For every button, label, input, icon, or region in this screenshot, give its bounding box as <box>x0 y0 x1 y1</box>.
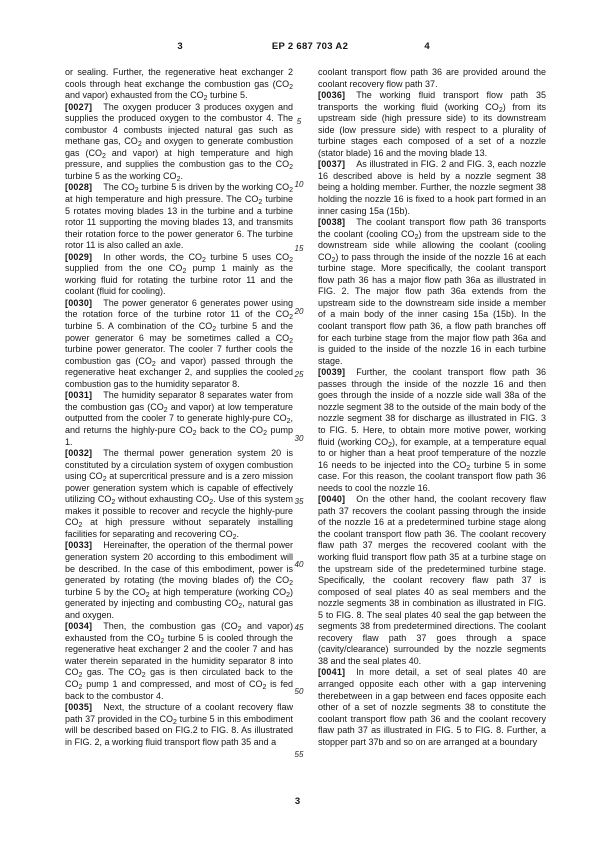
paragraph-number: [0037] <box>318 159 345 169</box>
page-number-footer: 3 <box>0 796 595 807</box>
subscript-2: 2 <box>173 719 177 726</box>
subscript-2: 2 <box>415 234 419 241</box>
numbered-paragraph: [0027]The oxygen producer 3 produces oxy… <box>65 102 293 183</box>
paragraph-number: [0032] <box>65 448 92 458</box>
numbered-paragraph: [0031]The humidity separator 8 separates… <box>65 390 293 448</box>
numbered-paragraph: [0041]In more detail, a set of seal plat… <box>318 667 546 748</box>
paragraph-number: [0040] <box>318 494 345 504</box>
paragraph-number: [0029] <box>65 252 92 262</box>
continuation-paragraph: coolant transport flow path 36 are provi… <box>318 67 546 90</box>
subscript-2: 2 <box>289 187 293 194</box>
subscript-2: 2 <box>466 465 470 472</box>
numbered-paragraph: [0037]As illustrated in FIG. 2 and FIG. … <box>318 159 546 217</box>
subscript-2: 2 <box>289 84 293 91</box>
subscript-2: 2 <box>135 187 139 194</box>
paragraph-number: [0033] <box>65 540 92 550</box>
subscript-2: 2 <box>193 430 197 437</box>
subscript-2: 2 <box>79 522 83 529</box>
subscript-2: 2 <box>202 257 206 264</box>
right-text-column: coolant transport flow path 36 are provi… <box>318 67 546 748</box>
left-text-column: or sealing. Further, the regenerative he… <box>65 67 293 748</box>
subscript-2: 2 <box>388 442 392 449</box>
subscript-2: 2 <box>286 592 290 599</box>
subscript-2: 2 <box>332 257 336 264</box>
subscript-2: 2 <box>102 153 106 160</box>
patent-document-page: 3 EP 2 687 703 A2 4 51015202530354045505… <box>0 0 595 842</box>
paragraph-number: [0038] <box>318 217 345 227</box>
subscript-2: 2 <box>79 672 83 679</box>
subscript-2: 2 <box>212 326 216 333</box>
subscript-2: 2 <box>258 199 262 206</box>
subscript-2: 2 <box>289 314 293 321</box>
paragraph-number: [0039] <box>318 367 345 377</box>
continuation-paragraph: or sealing. Further, the regenerative he… <box>65 67 293 102</box>
numbered-paragraph: [0033]Hereinafter, the operation of the … <box>65 540 293 621</box>
subscript-2: 2 <box>152 361 156 368</box>
left-column-page-number: 3 <box>150 41 210 52</box>
numbered-paragraph: [0035]Next, the structure of a coolant r… <box>65 702 293 748</box>
numbered-paragraph: [0034]Then, the combustion gas (CO2 and … <box>65 621 293 702</box>
subscript-2: 2 <box>263 430 267 437</box>
subscript-2: 2 <box>499 107 503 114</box>
paragraph-number: [0041] <box>318 667 345 677</box>
paragraph-number: [0028] <box>65 182 92 192</box>
subscript-2: 2 <box>209 499 213 506</box>
subscript-2: 2 <box>289 338 293 345</box>
subscript-2: 2 <box>182 268 186 275</box>
publication-number: EP 2 687 703 A2 <box>220 41 400 52</box>
subscript-2: 2 <box>238 626 242 633</box>
subscript-2: 2 <box>287 418 291 425</box>
paragraph-number: [0035] <box>65 702 92 712</box>
numbered-paragraph: [0028]The CO2 turbine 5 is driven by the… <box>65 182 293 251</box>
subscript-2: 2 <box>161 638 165 645</box>
paragraph-number: [0030] <box>65 298 92 308</box>
numbered-paragraph: [0029]In other words, the CO2 turbine 5 … <box>65 252 293 298</box>
subscript-2: 2 <box>262 684 266 691</box>
numbered-paragraph: [0030]The power generator 6 generates po… <box>65 298 293 390</box>
paragraph-number: [0027] <box>65 102 92 112</box>
subscript-2: 2 <box>289 580 293 587</box>
subscript-2: 2 <box>138 141 142 148</box>
subscript-2: 2 <box>103 476 107 483</box>
numbered-paragraph: [0039]Further, the coolant transport flo… <box>318 367 546 494</box>
numbered-paragraph: [0040]On the other hand, the coolant rec… <box>318 494 546 667</box>
paragraph-number: [0031] <box>65 390 92 400</box>
subscript-2: 2 <box>289 164 293 171</box>
right-column-page-number: 4 <box>397 41 457 52</box>
numbered-paragraph: [0032]The thermal power generation syste… <box>65 448 293 540</box>
paragraph-number: [0036] <box>318 90 345 100</box>
subscript-2: 2 <box>238 603 242 610</box>
subscript-2: 2 <box>142 672 146 679</box>
subscript-2: 2 <box>289 257 293 264</box>
subscript-2: 2 <box>146 592 150 599</box>
subscript-2: 2 <box>164 407 168 414</box>
subscript-2: 2 <box>79 684 83 691</box>
subscript-2: 2 <box>111 499 115 506</box>
paragraph-number: [0034] <box>65 621 92 631</box>
numbered-paragraph: [0036]The working fluid transport flow p… <box>318 90 546 159</box>
numbered-paragraph: [0038]The coolant transport flow path 36… <box>318 217 546 367</box>
gutter-line-number: 55 <box>288 750 310 759</box>
